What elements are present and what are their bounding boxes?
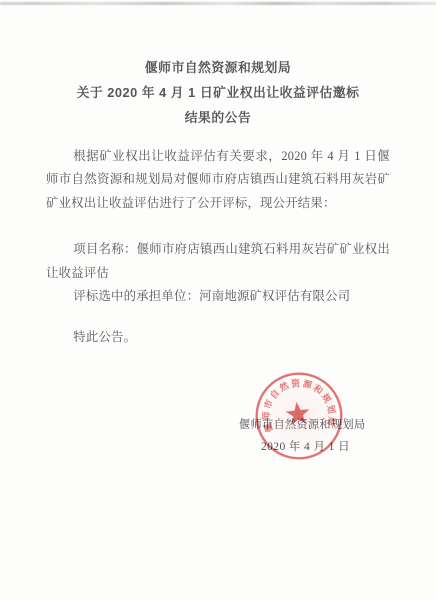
svg-text:资: 资 <box>290 377 301 389</box>
scan-edge-shadow <box>0 2 436 5</box>
body-paragraph-intro: 根据矿业权出让收益评估有关要求，2020 年 4 月 1 日偃师市自然资源和规划… <box>46 145 390 215</box>
svg-text:划: 划 <box>325 404 338 415</box>
svg-text:师: 师 <box>260 411 271 420</box>
seal-star-icon <box>285 401 311 426</box>
winning-bidder-line: 评标选中的承担单位：河南地源矿权评估有限公司 <box>46 285 390 308</box>
closing-line: 特此公告。 <box>46 326 390 349</box>
svg-text:局: 局 <box>326 416 337 426</box>
svg-text:偃: 偃 <box>261 422 275 434</box>
document-page: 偃师市自然资源和规划局 关于 2020 年 4 月 1 日矿业权出让收益评估邀标… <box>0 0 436 600</box>
document-title: 偃师市自然资源和规划局 关于 2020 年 4 月 1 日矿业权出让收益评估邀标… <box>0 55 436 130</box>
svg-text:市: 市 <box>261 398 275 410</box>
official-seal: 偃师市自然资源和规划局 <box>250 367 349 466</box>
document-body: 根据矿业权出让收益评估有关要求，2020 年 4 月 1 日偃师市自然资源和规划… <box>46 145 390 350</box>
title-org-line: 偃师市自然资源和规划局 <box>0 55 436 80</box>
title-subject-line: 关于 2020 年 4 月 1 日矿业权出让收益评估邀标 <box>0 80 436 105</box>
svg-text:然: 然 <box>277 379 291 393</box>
title-result-line: 结果的公告 <box>0 105 436 130</box>
project-name-line: 项目名称：偃师市府店镇西山建筑石料用灰岩矿矿业权出让收益评估 <box>46 238 390 285</box>
